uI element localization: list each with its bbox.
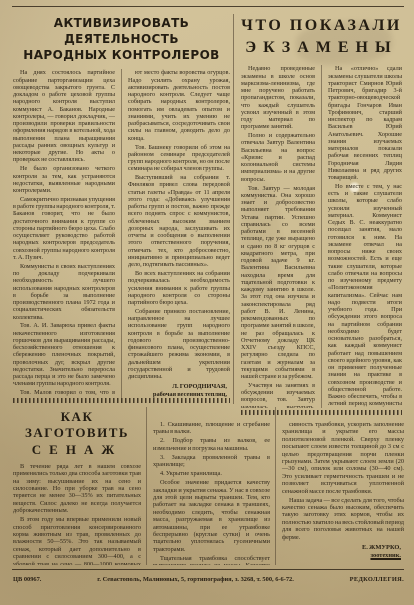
article-exams: ЧТО ПОКАЗАЛИ ЭКЗАМЕНЫ Недавно проведенны… <box>241 16 402 408</box>
imprint-address: г. Севастополь, Малиновых, 5, гортипогра… <box>41 576 349 583</box>
paragraph: 3. Закладка провяленной травы в хранилищ… <box>153 454 270 469</box>
paragraph: ют место факты воровства огурцов. Надо у… <box>128 69 230 142</box>
column-text: ют место факты воровства огурцов. Надо у… <box>128 69 230 380</box>
paragraph: В течение ряда лет в нашем совхозе приме… <box>13 463 141 515</box>
text-column: сивность трамбовки, ускорить заполнение … <box>275 407 404 565</box>
paragraph: Тщательная трамбовка способствует вытесн… <box>153 555 270 565</box>
text-column: Недавно проведенные экзамены в школе осн… <box>241 65 321 408</box>
article-narodnye-kontrolery: АКТИВИЗИРОВАТЬ ДЕЯТЕЛЬНОСТЬ НАРОДНЫХ КОН… <box>13 16 230 398</box>
article-columns: На днях состоялось партийное собрание па… <box>13 69 230 398</box>
paragraph: Собрание приняло постановление, направле… <box>128 308 230 381</box>
article-title: ЧТО ПОКАЗАЛИ ЭКЗАМЕНЫ <box>241 16 402 57</box>
paragraph: Выступивший на собрании т. Финляков прив… <box>128 174 230 268</box>
article-title-line: ЧТО ПОКАЗАЛИ <box>241 16 402 35</box>
signature-role: рабочая весенних теплиц, <box>128 391 227 398</box>
article-title-line: КАК ЗАГОТОВИТЬ <box>13 409 141 442</box>
article-title-line: ЭКЗАМЕНЫ <box>241 38 402 57</box>
paragraph: Особое значение придается качеству закла… <box>153 479 270 553</box>
column-text: На «отлично» сдали экзамены слушатели шк… <box>328 65 402 408</box>
signature-role: зоотехник. <box>282 552 401 560</box>
article-title-line: АКТИВИЗИРОВАТЬ ДЕЯТЕЛЬНОСТЬ <box>54 16 189 46</box>
paragraph: В этом году мы впервые применили новый с… <box>13 516 141 565</box>
footer-rule <box>12 569 404 570</box>
article-title: КАК ЗАГОТОВИТЬ СЕНАЖ <box>13 409 141 458</box>
text-column: ют место факты воровства огурцов. Надо у… <box>121 69 230 398</box>
paragraph: Не было организовано четкого контроля за… <box>13 165 115 194</box>
article-divider-rule <box>233 14 234 404</box>
paragraph: сивность трамбовки, ускорить заполнение … <box>282 421 404 495</box>
paragraph: Во всех выступлениях на собрании подчерк… <box>128 270 230 306</box>
text-column: 1. Скашивание, плющение и сгребание трав… <box>146 407 275 565</box>
editorial-label: РЕДКОЛЛЕГИЯ. <box>350 576 404 583</box>
signature-name: Е. ЖМУРКО, <box>282 544 401 552</box>
paragraph: Тов. Завтур — молодая коммунистка. Она х… <box>241 185 315 381</box>
column-text: В течение ряда лет в нашем совхозе приме… <box>13 463 141 565</box>
paragraph: Участвуя на занятиях в обсуждении изучае… <box>241 382 315 408</box>
paragraph: Тов. Малов говорил о том, что в весенних… <box>13 389 115 398</box>
text-column: КАК ЗАГОТОВИТЬ СЕНАЖ В течение ряда лет … <box>13 407 146 565</box>
newspaper-page: АКТИВИЗИРОВАТЬ ДЕЯТЕЛЬНОСТЬ НАРОДНЫХ КОН… <box>0 0 414 605</box>
imprint-code: ЦВ 00967. <box>13 576 41 583</box>
text-column: На днях состоялось партийное собрание па… <box>13 69 121 398</box>
article-senazh: КАК ЗАГОТОВИТЬ СЕНАЖ В течение ряда лет … <box>13 407 404 565</box>
paragraph: Коммунисты в своих выступлениях по докла… <box>13 263 115 321</box>
paragraph: Наша задача — все сделать для того, чтоб… <box>282 497 404 541</box>
signature-name: Л. ГОРОДНИЧАЯ, <box>128 383 227 391</box>
section-divider-ornament <box>13 398 230 403</box>
article-title: АКТИВИЗИРОВАТЬ ДЕЯТЕЛЬНОСТЬ НАРОДНЫХ КОН… <box>13 16 230 63</box>
paragraph: На «отлично» сдали экзамены слушатели шк… <box>328 65 402 181</box>
paragraph: Самокритично признавая упущения в работе… <box>13 196 115 261</box>
article-title-line: НАРОДНЫХ КОНТРОЛЕРОВ <box>23 48 219 62</box>
article-title-line: СЕНАЖ <box>13 442 141 458</box>
column-text: сивность трамбовки, ускорить заполнение … <box>282 421 404 541</box>
article-columns: Недавно проведенные экзамены в школе осн… <box>241 65 402 408</box>
paragraph: Тов. А. И. Заварюха привел факты некачес… <box>13 322 115 387</box>
imprint-footer: ЦВ 00967. г. Севастополь, Малиновых, 5, … <box>13 576 404 583</box>
paragraph: 1. Скашивание, плющение и сгребание трав… <box>153 421 270 436</box>
paragraph: На днях состоялось партийное собрание па… <box>13 69 115 163</box>
paragraph: Тов. Башнеку говорили об этом на районно… <box>128 144 230 173</box>
paragraph: Но вместе с тем, у нас есть и такие слуш… <box>328 183 402 408</box>
signature: Е. ЖМУРКО, зоотехник. <box>282 544 404 560</box>
signature: Л. ГОРОДНИЧАЯ, рабочая весенних теплиц, … <box>128 383 230 398</box>
paragraph: 4. Укрытие хранилища. <box>153 470 270 477</box>
paragraph: 2. Подбор травы из валков, ее измельчени… <box>153 437 270 452</box>
paragraph: Полно и содержательно отвечала Завтур Ва… <box>241 132 315 183</box>
text-column: На «отлично» сдали экзамены слушатели шк… <box>321 65 402 408</box>
top-rule <box>12 6 404 7</box>
paragraph: Недавно проведенные экзамены в школе осн… <box>241 65 315 130</box>
